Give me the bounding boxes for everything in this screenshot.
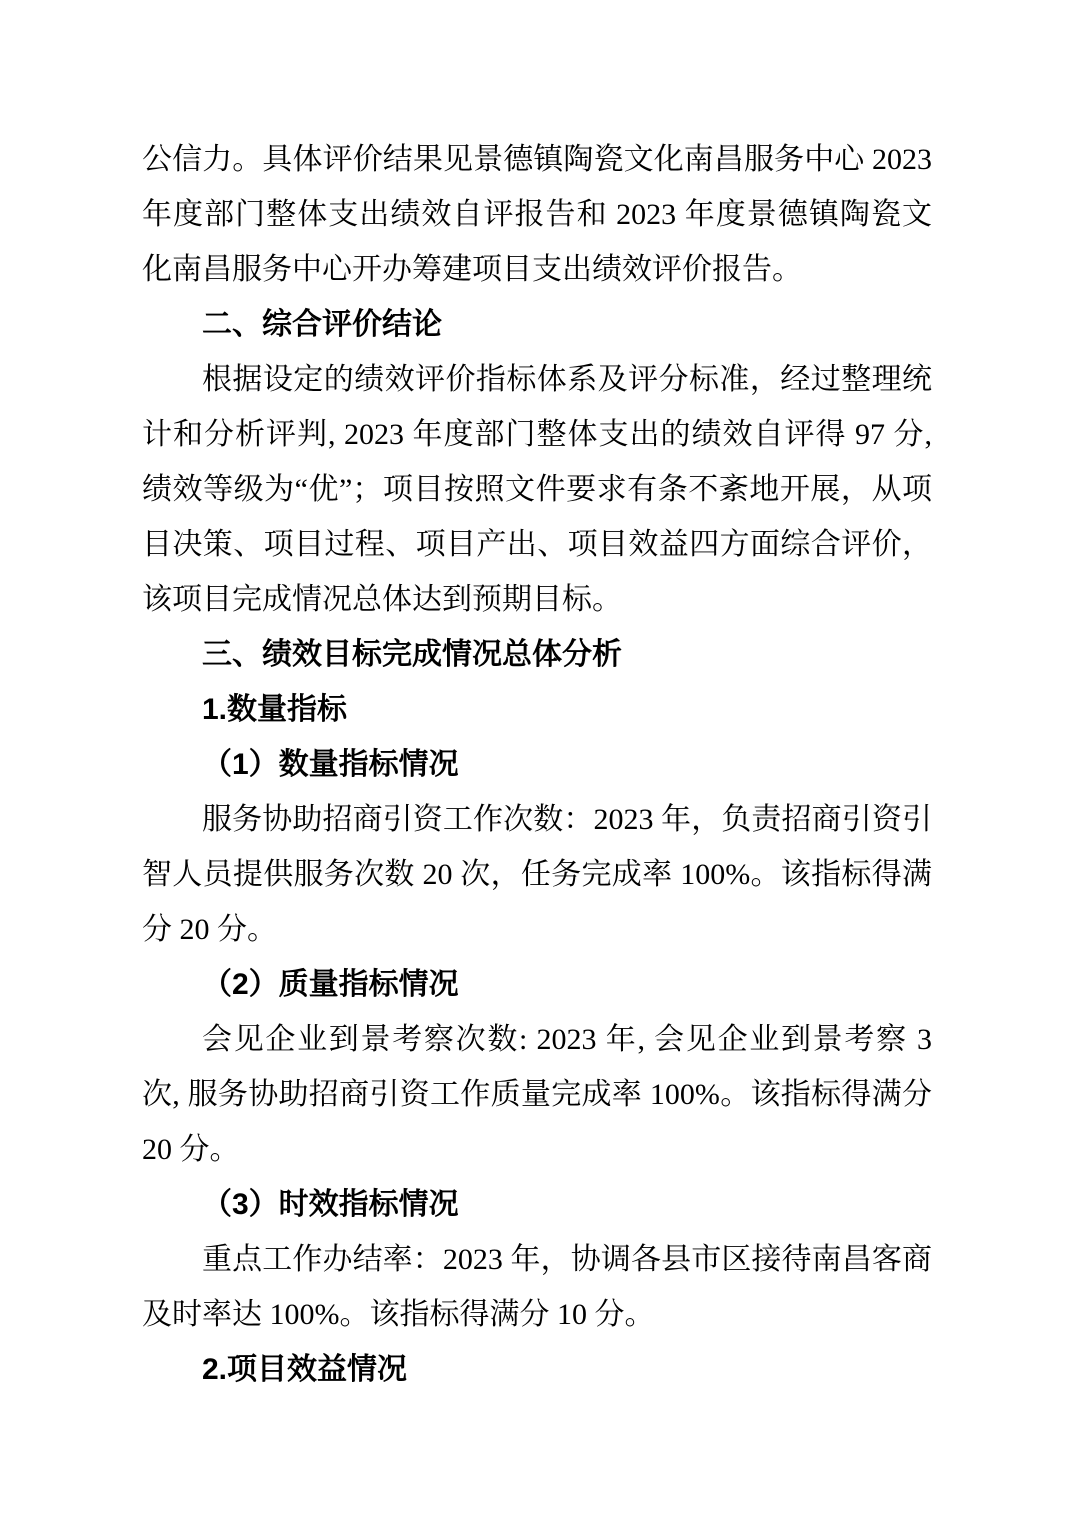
heading-quantity-indicator: 1.数量指标 <box>142 682 932 737</box>
heading-timeliness-indicator-detail: （3）时效指标情况 <box>142 1177 932 1232</box>
para-quality-indicator: 会见企业到景考察次数: 2023 年, 会见企业到景考察 3 次, 服务协助招商… <box>142 1012 932 1177</box>
para-evaluation-conclusion: 根据设定的绩效评价指标体系及评分标准，经过整理统计和分析评判, 2023 年度部… <box>142 352 932 627</box>
heading-performance-target-overall-analysis: 三、绩效目标完成情况总体分析 <box>142 627 932 682</box>
document-content: 公信力。具体评价结果见景德镇陶瓷文化南昌服务中心 2023 年度部门整体支出绩效… <box>142 132 932 1397</box>
para-evaluation-result-continuation: 公信力。具体评价结果见景德镇陶瓷文化南昌服务中心 2023 年度部门整体支出绩效… <box>142 132 932 297</box>
heading-quality-indicator-detail: （2）质量指标情况 <box>142 957 932 1012</box>
para-quantity-indicator: 服务协助招商引资工作次数：2023 年，负责招商引资引智人员提供服务次数 20 … <box>142 792 932 957</box>
heading-project-benefit: 2.项目效益情况 <box>142 1342 932 1397</box>
heading-quantity-indicator-detail: （1）数量指标情况 <box>142 737 932 792</box>
para-timeliness-indicator: 重点工作办结率：2023 年，协调各县市区接待南昌客商及时率达 100%。该指标… <box>142 1232 932 1342</box>
heading-comprehensive-evaluation-conclusion: 二、综合评价结论 <box>142 297 932 352</box>
document-page: 公信力。具体评价结果见景德镇陶瓷文化南昌服务中心 2023 年度部门整体支出绩效… <box>0 0 1074 1520</box>
